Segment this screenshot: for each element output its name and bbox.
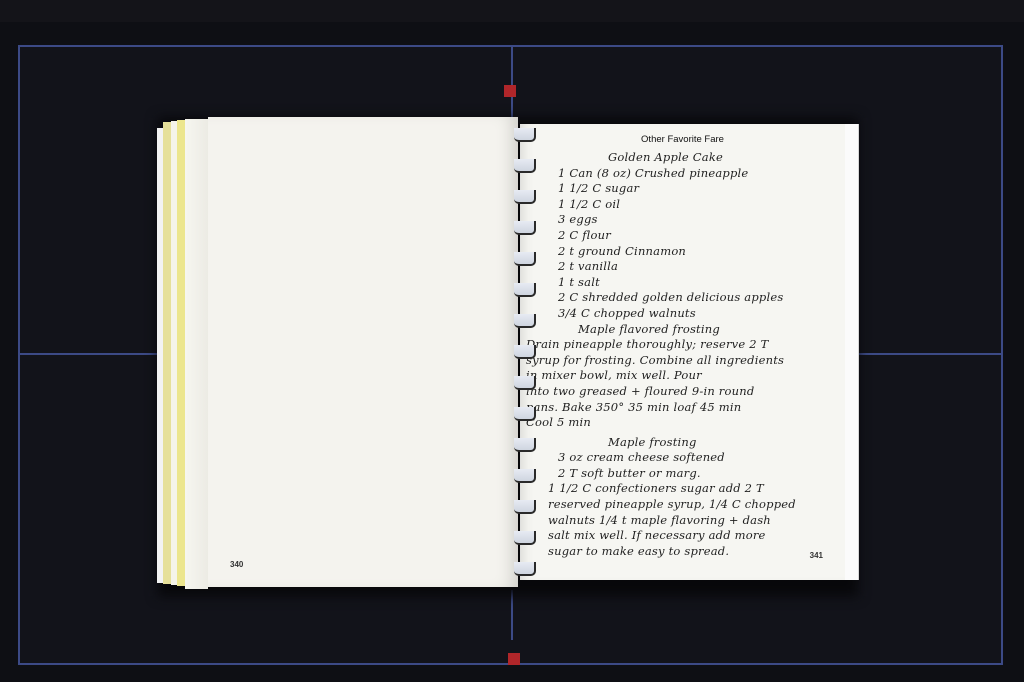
binding-ring xyxy=(514,190,536,204)
page-edge xyxy=(185,119,208,589)
binding-ring xyxy=(514,252,536,266)
frosting-direction: sugar to make easy to spread. xyxy=(548,544,848,560)
binding-ring xyxy=(514,469,536,483)
ingredient: 3/4 C chopped walnuts xyxy=(548,306,848,322)
crosshair-top-line xyxy=(511,47,513,117)
page-edge-yellow xyxy=(163,122,171,584)
binding-ring xyxy=(514,438,536,452)
ingredient: Maple flavored frosting xyxy=(548,322,848,338)
direction-line: pans. Bake 350° 35 min loaf 45 min xyxy=(526,400,848,416)
frosting-title: Maple frosting xyxy=(548,435,848,451)
crosshair-bottom-line xyxy=(511,590,513,640)
binding-ring xyxy=(514,407,536,421)
registration-marker-top xyxy=(504,85,516,97)
ingredient: 2 t ground Cinnamon xyxy=(548,244,848,260)
binding-ring xyxy=(514,376,536,390)
binding-ring xyxy=(514,531,536,545)
frame-bottom-left xyxy=(20,663,170,665)
direction-line: in mixer bowl, mix well. Pour xyxy=(526,368,848,384)
left-page: 340 xyxy=(208,117,518,587)
frosting-direction: walnuts 1/4 t maple flavoring + dash xyxy=(548,513,848,529)
direction-line: syrup for frosting. Combine all ingredie… xyxy=(526,353,848,369)
binding-ring xyxy=(514,128,536,142)
crosshair-right-line xyxy=(858,353,1001,355)
frosting-direction: reserved pineapple syrup, 1/4 C chopped xyxy=(548,497,848,513)
left-page-number: 340 xyxy=(230,560,243,569)
handwritten-recipe: Golden Apple Cake 1 Can (8 oz) Crushed p… xyxy=(548,150,848,559)
ingredient: 1 1/2 C sugar xyxy=(548,181,848,197)
page-header: Other Favorite Fare xyxy=(520,134,845,145)
direction-line: Drain pineapple thoroughly; reserve 2 T xyxy=(526,337,848,353)
crosshair-left-line xyxy=(20,353,160,355)
registration-marker-bottom xyxy=(508,653,520,665)
binding-ring xyxy=(514,500,536,514)
binding-ring xyxy=(514,345,536,359)
ingredient: 1 t salt xyxy=(548,275,848,291)
frosting-direction: salt mix well. If necessary add more xyxy=(548,528,848,544)
binding-ring xyxy=(514,562,536,576)
recipe-title: Golden Apple Cake xyxy=(548,150,848,166)
frosting-direction: 1 1/2 C confectioners sugar add 2 T xyxy=(548,481,848,497)
right-page: Other Favorite Fare Golden Apple Cake 1 … xyxy=(520,124,845,580)
ingredient: 3 eggs xyxy=(548,212,848,228)
ingredient: 1 1/2 C oil xyxy=(548,197,848,213)
scanner-top-strip xyxy=(0,0,1024,22)
direction-line: into two greased + floured 9-in round xyxy=(526,384,848,400)
ingredient: 2 C shredded golden delicious apples xyxy=(548,290,848,306)
frosting-ingredient: 2 T soft butter or marg. xyxy=(548,466,848,482)
ingredient: 2 t vanilla xyxy=(548,259,848,275)
right-page-number: 341 xyxy=(810,551,823,560)
binding-ring xyxy=(514,221,536,235)
page-edge-yellow xyxy=(177,120,185,586)
binding-ring xyxy=(514,159,536,173)
binding-ring xyxy=(514,283,536,297)
ingredient: 2 C flour xyxy=(548,228,848,244)
frosting-ingredient: 3 oz cream cheese softened xyxy=(548,450,848,466)
direction-line: Cool 5 min xyxy=(526,415,848,431)
binding-ring xyxy=(514,314,536,328)
ingredient: 1 Can (8 oz) Crushed pineapple xyxy=(548,166,848,182)
